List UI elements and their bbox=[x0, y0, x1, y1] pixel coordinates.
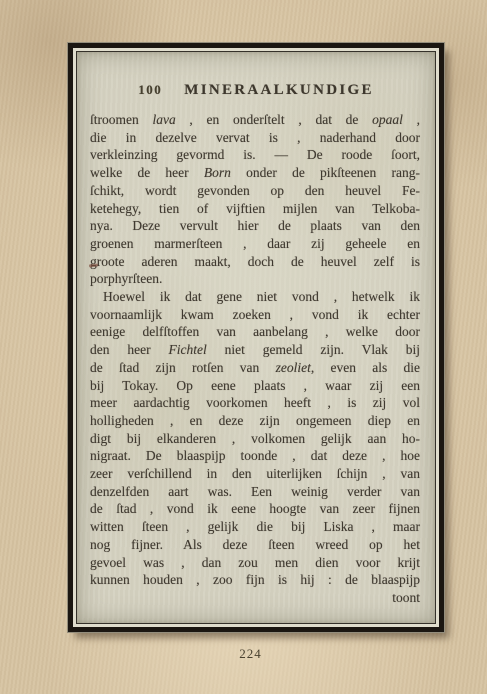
text-line: groenen marmerſteen , daar zij geheele e… bbox=[90, 235, 420, 253]
text-line: nog fijner. Als deze ſteen wreed op het bbox=[90, 536, 420, 554]
page-title: MINERAALKUNDIGE bbox=[184, 82, 374, 99]
text-line: nigraat. De blaaspijp toonde , dat deze … bbox=[90, 447, 420, 465]
text-line: ketehegy, tien of vijftien mijlen van Te… bbox=[90, 200, 420, 218]
text-line: voornaamlijk kwam zoeken , vond ik echte… bbox=[90, 306, 420, 324]
text-line: meer aardachtig voorkomen heeft , is zij… bbox=[90, 394, 420, 412]
text-line: Hoewel ik dat gene niet vond , hetwelk i… bbox=[90, 288, 420, 306]
text-line: kunnen houden , zoo fijn is hij : de bla… bbox=[90, 571, 420, 589]
text-line: die in dezelve vervat is , naderhand doo… bbox=[90, 129, 420, 147]
text-line: porphyrſteen. bbox=[90, 270, 420, 288]
text-line: ſtroomen lava , en onderſtelt , dat de o… bbox=[90, 111, 420, 129]
text-line: bij Tokay. Op eene plaats , waar zij een bbox=[90, 377, 420, 395]
text-line: eenige delfſtoffen van aanbelang , welke… bbox=[90, 323, 420, 341]
book-plate-frame: 100 MINERAALKUNDIGE ſtroomen lava , en o… bbox=[68, 43, 444, 632]
text-line: holligheden , en deze zijn ongemeen diep… bbox=[90, 412, 420, 430]
catchword: toont bbox=[77, 589, 435, 607]
text-line: welke de heer Born onder de pikſteenen r… bbox=[90, 164, 420, 182]
text-line: witten ſteen , gelijk die bij Liska , ma… bbox=[90, 518, 420, 536]
body-text: ſtroomen lava , en onderſtelt , dat de o… bbox=[77, 111, 435, 589]
text-line: de ſtad , vond ik eene hoogte van zeer f… bbox=[90, 500, 420, 518]
text-line: denzelfden aart was. Een weinig verder v… bbox=[90, 483, 420, 501]
text-line: zeer verſchillend in den uiterlijken ſch… bbox=[90, 465, 420, 483]
text-line: de ſtad zijn rotſen van zeoliet, even al… bbox=[90, 359, 420, 377]
text-line: groote aderen maakt, doch de heuvel zelf… bbox=[90, 253, 420, 271]
running-head: 100 MINERAALKUNDIGE bbox=[77, 82, 435, 99]
text-line: den heer Fichtel niet gemeld zijn. Vlak … bbox=[90, 341, 420, 359]
text-line: digt bij elkanderen , volkomen gelijk aa… bbox=[90, 430, 420, 448]
page-number: 224 bbox=[7, 646, 487, 662]
text-line: nya. Deze vervult hier de plaats van den bbox=[90, 217, 420, 235]
text-line: verkleinzing gevormd is. — De roode ſoor… bbox=[90, 146, 420, 164]
text-line: ſchikt, wordt gevonden op den heuvel Fe- bbox=[90, 182, 420, 200]
scanned-book-page: 100 MINERAALKUNDIGE ſtroomen lava , en o… bbox=[76, 51, 436, 624]
scan-folio-number: 100 bbox=[138, 82, 162, 98]
text-line: gevoel was , dan zou men dien voor krijt bbox=[90, 554, 420, 572]
page-background: { "palette": { "outer_paper": "#d6c3a2",… bbox=[0, 0, 487, 694]
